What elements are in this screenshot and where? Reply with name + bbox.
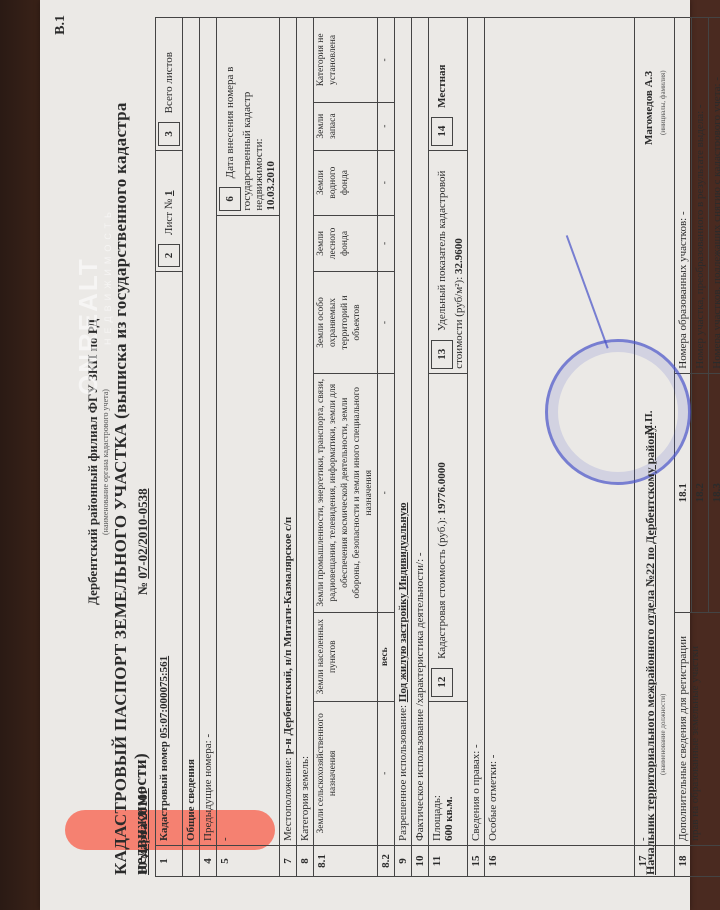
rights-label: Сведения о правах: [470,751,482,841]
row-5: 5 - 6 Дата внесения номера в государстве… [217,18,280,877]
category-header: Земли сельскохозяйственного назначения [314,701,378,845]
row-8-1: 8.1 Земли сельскохозяйственного назначен… [314,18,378,877]
formed-plots-cell: Номера образованных участков: - [675,18,692,374]
document-title: КАДАСТРОВЫЙ ПАСПОРТ ЗЕМЕЛЬНОГО УЧАСТКА (… [111,5,151,875]
special-marks-label: Особые отметки: [487,761,499,841]
row-number: 4 [200,846,217,877]
row-number: 16 [485,846,635,877]
document-number-value: 07-02/2010-0538 [135,488,150,578]
cadastral-passport-page: Дербентский районный филиал ФГУ ЗКП по Р… [45,5,685,905]
document-date: 10 марта 2010г [135,788,151,875]
registration-date-cell: 6 Дата внесения номера в государственный… [217,18,280,216]
document-sheet: Дербентский районный филиал ФГУ ЗКП по Р… [40,0,690,910]
watermark-brand: ONREALT [73,257,104,395]
sheet-number-label: Лист № [163,199,175,235]
category-header: Земли особо охраняемых территорий и объе… [314,272,378,373]
row-1: 1 Кадастровый номер 05:07:000075:561 2 Л… [156,18,183,877]
row-number: 9 [395,846,412,877]
signer-caption: (инициалы, фамилия) [659,70,667,135]
area-cell: Площадь: 600 кв.м. [429,701,468,845]
row-8: 8 Категория земель: [297,18,314,877]
special-marks-value: - [487,755,499,759]
deregistered-plots-value: - [711,77,720,81]
rights-value: - [470,744,482,748]
sub-row-number: 18.2 [692,373,709,612]
category-value: - [378,18,395,103]
box-number: 14 [431,117,453,146]
category-header: Земли запаса [314,102,378,150]
permitted-use-cell: Разрешенное использование: Под жилую зас… [395,18,412,846]
cadastral-cost-cell: 12 Кадастровая стоимость (руб.): 19776.0… [429,373,468,701]
form-code: В.1 [53,15,69,35]
organization-caption: (наименование органа кадастрового учета) [101,389,110,535]
category-value: - [378,150,395,215]
row-number: 10 [412,846,429,877]
formed-plots-label: Номера образованных участков: [677,218,689,369]
actual-use-value: - [414,552,426,556]
sub-row-number: 18.3 [709,373,720,612]
converted-plot-cell: Номер участка, преобразованного в резуль… [692,18,709,374]
signer-name: Магомедов А.З [643,71,655,145]
sheet-number-cell: 2 Лист № 1 [156,150,183,272]
category-header: Земли промышленности, энергетики, трансп… [314,373,378,612]
category-header: Земли водного фонда [314,150,378,215]
registration-date-value: 10.03.2010 [265,22,277,211]
cost-type-value: Местная [436,65,448,108]
location-cell: Местоположение: р-н Дербентский, н/п Мит… [280,18,297,846]
row-number [183,846,200,877]
permitted-use-value: Под жилую застройку Индивидуальную [397,502,409,702]
previous-numbers-cell: Предыдущие номера: - [200,18,217,846]
cost-type-cell: 14 Местная [429,18,468,151]
stamp-label: М.П. [643,411,655,435]
row-number: 15 [468,846,485,877]
area-value: 600 кв.м. [443,706,455,841]
category-header: Земли лесного фонда [314,215,378,272]
box-number: 3 [158,122,180,146]
location-label: Местоположение: [282,757,294,841]
category-value: - [378,215,395,272]
category-header: Категория не установлена [314,18,378,103]
cadastral-number-cell: Кадастровый номер 05:07:000075:561 [156,272,183,846]
actual-use-label: Фактическое использование /характеристик… [414,559,426,841]
official-position: Начальник территориального межрайонного … [643,426,658,875]
row-number: 1 [156,846,183,877]
row-number: 8.2 [378,846,395,877]
deregistered-plots-cell: Номера участков, подлежащих снятию с кад… [709,18,720,374]
permitted-use-label: Разрешенное использование: [397,705,409,841]
category-value: - [378,701,395,845]
area-label: Площадь: [431,706,443,841]
category-value: весь [378,612,395,701]
row-5-value: - [217,215,280,845]
row-number: 5 [217,846,280,877]
document-number: № 07-02/2010-0538 [135,488,151,595]
cadastral-cost-value: 19776.0000 [436,462,448,514]
row-general: Общие сведения [183,18,200,877]
category-value: - [378,102,395,150]
row-8-2: 8.2 - весь - - - - - - [378,18,395,877]
row-4: 4 Предыдущие номера: - [200,18,217,877]
official-stamp [545,339,691,485]
row-11: 11 Площадь: 600 кв.м. 12 Кадастровая сто… [429,18,468,877]
document-number-label: № [135,582,150,595]
rights-cell: Сведения о правах: - [468,18,485,846]
specific-cost-value: 32.9600 [453,238,465,274]
actual-use-cell: Фактическое использование /характеристик… [412,18,429,846]
deregistered-plots-label: Номера участков, подлежащих снятию с кад… [711,83,720,368]
category-value: - [378,272,395,373]
watermark-subtitle: НЕДВИЖИМОСТЬ [103,207,113,345]
row-15: 15 Сведения о правах: - [468,18,485,877]
sheet-number-value: 1 [163,190,175,196]
total-sheets-label: Всего листов [163,52,175,113]
row-number: 8.1 [314,846,378,877]
category-value: - [378,373,395,612]
additional-info-label: Дополнительные сведения для регистрации … [675,612,720,845]
previous-numbers-label: Предыдущие номера: [202,740,214,841]
row-9: 9 Разрешенное использование: Под жилую з… [395,18,412,877]
row-number: 8 [297,846,314,877]
specific-cost-cell: 13 Удельный показатель кадастровой стоим… [429,150,468,373]
row-number: 7 [280,846,297,877]
land-category-label: Категория земель: [297,18,314,846]
previous-numbers-value: - [202,734,214,738]
row-number: 11 [429,846,468,877]
formed-plots-value: - [677,211,689,215]
cadastral-number-label: Кадастровый номер [158,741,170,841]
location-value: р-н Дербентский, н/п Митаги-Казмалярское… [282,517,294,755]
box-number: 6 [219,187,241,211]
cadastral-number-value: 05:07:000075:561 [158,656,170,739]
converted-plot-label: Номер участка, преобразованного в резуль… [694,111,706,369]
row-7: 7 Местоположение: р-н Дербентский, н/п М… [280,18,297,877]
row-10: 10 Фактическое использование /характерис… [412,18,429,877]
cadastral-cost-label: Кадастровая стоимость (руб.): [436,517,448,659]
converted-plot-value: - [694,104,706,108]
general-info-heading: Общие сведения [183,18,200,846]
box-number: 13 [431,340,453,369]
box-number: 2 [158,244,180,268]
category-header: Земли населенных пунктов [314,612,378,701]
box-number: 12 [431,668,453,697]
row-number: 18 [675,846,720,877]
position-caption: (наименование должности) [659,694,667,775]
total-sheets-cell: 3 Всего листов [156,18,183,151]
